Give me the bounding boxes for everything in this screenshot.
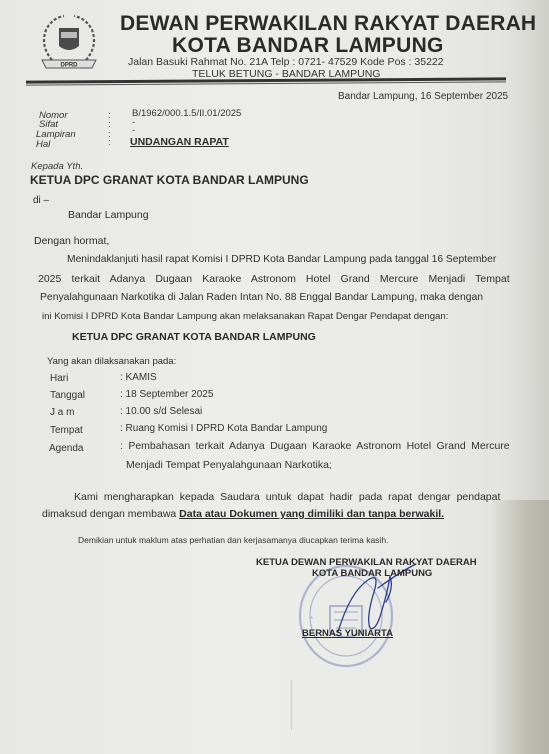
schedule-value: : KAMIS: [120, 372, 157, 383]
signatory-name: BERNAS YUNIARTA: [302, 628, 393, 639]
closing-emphasis: Data atau Dokumen yang dimiliki dan tanp…: [179, 508, 444, 520]
institution-address: Jalan Basuki Rahmat No. 21A Telp : 0721-…: [128, 56, 444, 68]
body-line: Menindaklanjuti hasil rapat Komisi I DPR…: [67, 254, 496, 265]
schedule-label: Tempat: [50, 425, 83, 436]
schedule-label: J a m: [50, 407, 74, 418]
schedule-label: Hari: [50, 373, 68, 384]
salutation: Kepada Yth.: [31, 161, 83, 172]
meta-value-nomor: B/1962/000.1.5/II.01/2025: [132, 108, 241, 119]
schedule-label: Tanggal: [50, 390, 85, 401]
schedule-value: : 18 September 2025: [120, 389, 213, 400]
schedule-agenda-cont: Menjadi Tempat Penyalahgunaan Narkotika;: [126, 459, 332, 471]
place-date: Bandar Lampung, 16 September 2025: [338, 91, 508, 102]
greeting: Dengan hormat,: [34, 235, 109, 247]
addressee-city: Bandar Lampung: [68, 209, 149, 221]
addressee-di: di –: [33, 195, 49, 206]
schedule-value: : Ruang Komisi I DPRD Kota Bandar Lampun…: [120, 423, 327, 434]
dprd-emblem-icon: DPRD: [34, 10, 104, 72]
paper-fold-mark: [291, 680, 292, 730]
institution-city: KOTA BANDAR LAMPUNG: [172, 34, 444, 58]
svg-text:DPRD: DPRD: [60, 63, 78, 69]
closing-line: dimaksud dengan membawa Data atau Dokume…: [42, 508, 444, 520]
schedule-label: Agenda: [49, 443, 83, 454]
thanks-line: Demikian untuk maklum atas perhatian dan…: [78, 535, 388, 545]
letter-paper: [0, 0, 549, 754]
schedule-value: : Pembahasan terkait Adanya Dugaan Karao…: [120, 440, 510, 452]
institution-name: DEWAN PERWAKILAN RAKYAT DAERAH: [120, 12, 536, 36]
body-line: Penyalahgunaan Narkotika di Jalan Raden …: [40, 292, 483, 303]
signatory-city: KOTA BANDAR LAMPUNG: [312, 568, 432, 579]
schedule-intro: Yang akan dilaksanakan pada:: [47, 356, 176, 367]
meta-value-lampiran: -: [132, 125, 135, 136]
svg-text:*: *: [310, 615, 313, 624]
recipient: KETUA DPC GRANAT KOTA BANDAR LAMPUNG: [30, 173, 309, 187]
paper-shadow: [489, 500, 549, 754]
body-line: 2025 terkait Adanya Dugaan Karaoke Astro…: [38, 273, 510, 285]
body-line: ini Komisi I DPRD Kota Bandar Lampung ak…: [42, 311, 448, 322]
meta-colon: :: [108, 137, 111, 148]
closing-line: Kami mengharapkan kepada Saudara untuk d…: [74, 491, 500, 503]
signatory-title: KETUA DEWAN PERWAKILAN RAKYAT DAERAH: [256, 557, 477, 568]
meta-label-hal: Hal: [36, 139, 50, 150]
closing-prefix: dimaksud dengan membawa: [42, 508, 179, 520]
meta-value-hal: UNDANGAN RAPAT: [130, 136, 229, 148]
schedule-value: : 10.00 s/d Selesai: [120, 406, 202, 417]
meeting-target: KETUA DPC GRANAT KOTA BANDAR LAMPUNG: [72, 331, 316, 343]
